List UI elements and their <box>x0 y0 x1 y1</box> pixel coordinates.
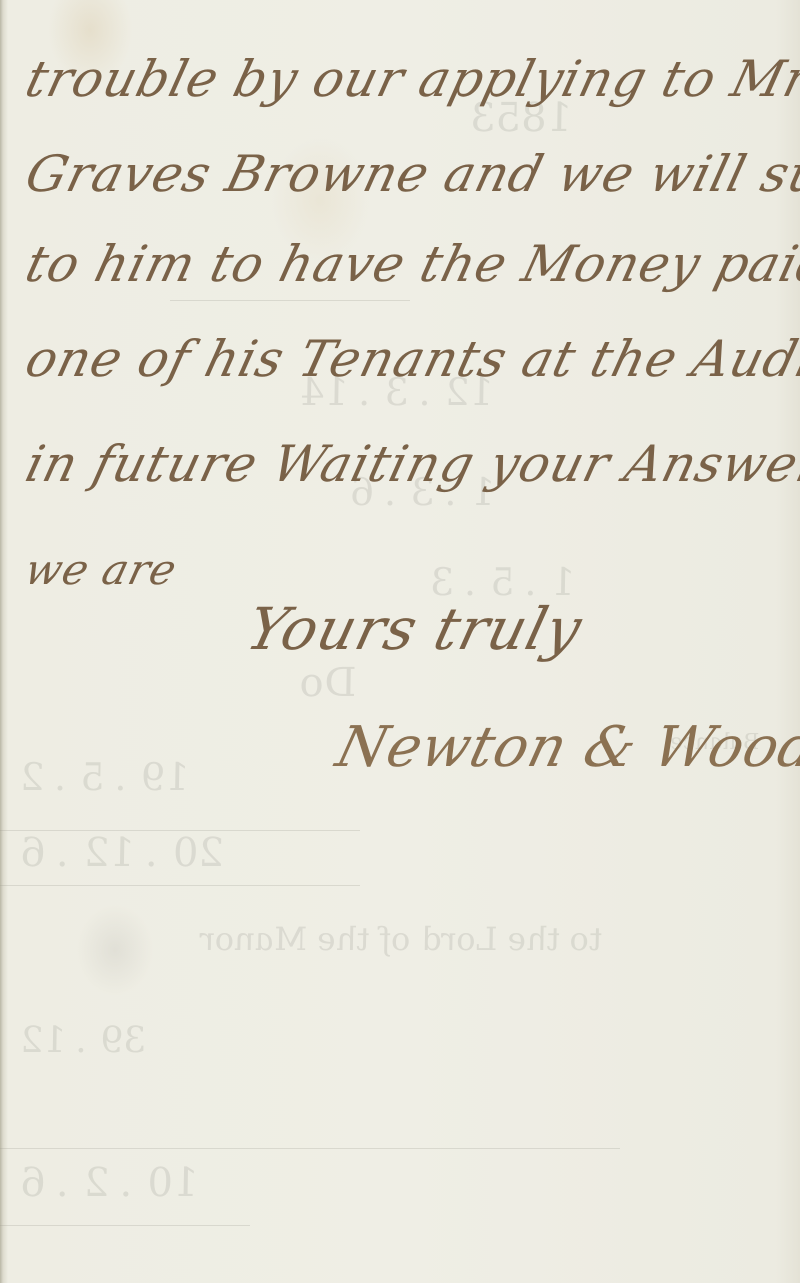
letter-line: in future Waiting your Answer <box>20 435 800 493</box>
letter-line: trouble by our applying to Mr <box>20 50 800 108</box>
show-through-text: 39 . 12 <box>16 1020 151 1061</box>
show-through-rule <box>0 830 360 831</box>
show-through-rule <box>0 1225 250 1226</box>
show-through-rule <box>0 1148 620 1149</box>
closing-salutation: Yours truly <box>240 595 589 663</box>
letter-page: 1853 12 . 3 . 14 1 . 3 . 6 1 . 5 . 3 Do … <box>0 0 800 1283</box>
show-through-text: to the Lord of the Manor <box>196 920 606 958</box>
letter-line: one of his Tenants at the Audit <box>20 330 800 388</box>
show-through-text: 20 . 12 . 6 <box>15 830 228 876</box>
letter-line: to him to have the Money paid by <box>20 235 800 293</box>
show-through-text: 10 . 2 . 6 <box>15 1160 203 1206</box>
show-through-rule <box>170 300 410 301</box>
signature: Newton & Woodrow <box>330 715 800 780</box>
letter-line: we are <box>20 545 182 594</box>
show-through-text: 19 . 5 . 2 <box>15 755 194 799</box>
letter-line: Graves Browne and we will suggest <box>20 145 800 203</box>
show-through-text: Do <box>295 660 361 706</box>
show-through-rule <box>0 885 360 886</box>
